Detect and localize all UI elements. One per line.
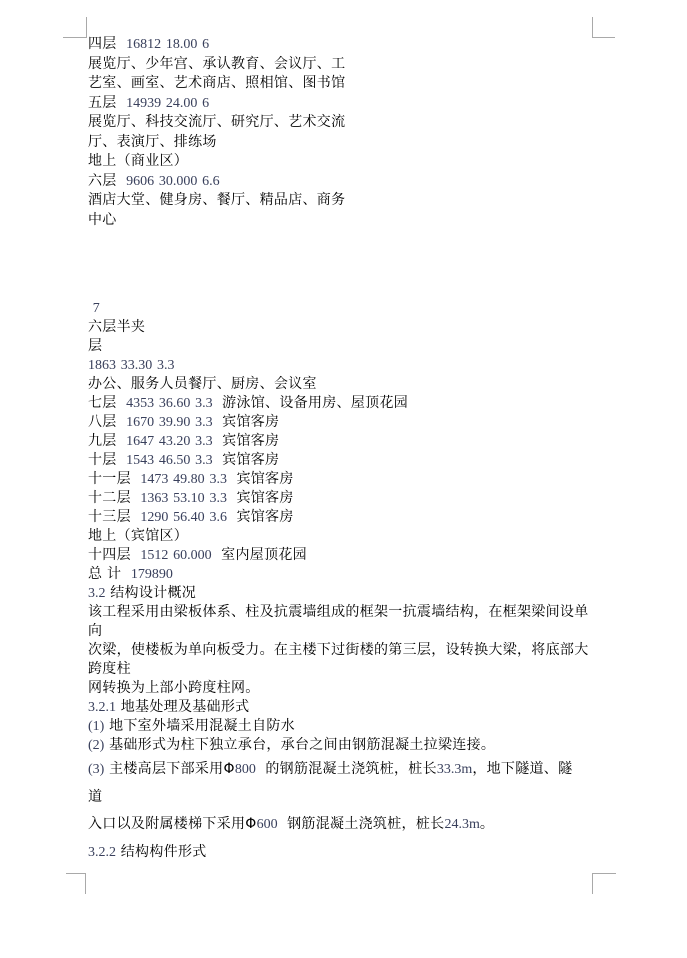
- doc-line: 该工程采用由梁板体系、柱及抗震墙组成的框架一抗震墙结构，在框架梁间设单: [88, 603, 604, 622]
- numeral: 4353: [126, 396, 154, 411]
- numeral: 179890: [131, 567, 173, 582]
- document-page: 四层 16812 18.00 6展览厅、少年宫、承认教育、会议厅、工艺室、画室、…: [0, 0, 687, 958]
- numeral: 6.6: [202, 174, 220, 189]
- doc-line: 八层 1670 39.90 3.3 宾馆客房: [88, 413, 604, 432]
- doc-line: 1863 33.30 3.3: [88, 356, 604, 375]
- doc-line: 十层 1543 46.50 3.3 宾馆客房: [88, 451, 604, 470]
- section-foundation-piles: (3) 主楼高层下部采用Φ800 的钢筋混凝土浇筑桩，桩长33.3m，地下隧道、…: [88, 756, 604, 866]
- numeral: 3.2: [88, 586, 106, 601]
- doc-line: 艺室、画室、艺术商店、照相馆、图书馆: [88, 74, 604, 94]
- numeral: 6: [202, 37, 209, 52]
- doc-line: 地上（宾馆区）: [88, 527, 604, 546]
- doc-line: (2) 基础形式为柱下独立承台，承台之间由钢筋混凝土拉梁连接。: [88, 736, 604, 755]
- doc-line: 层: [88, 337, 604, 356]
- numeral: 1363: [140, 491, 168, 506]
- numeral: 56.40: [173, 510, 205, 525]
- numeral: 43.20: [159, 434, 191, 449]
- crop-mark-bottom-right: [592, 873, 616, 894]
- doc-line: 十一层 1473 49.80 3.3 宾馆客房: [88, 470, 604, 489]
- doc-line: 入口以及附属楼梯下采用Φ600 钢筋混凝土浇筑桩，桩长24.3m。: [88, 811, 604, 839]
- doc-line: 六层半夹: [88, 318, 604, 337]
- doc-line: 七层 4353 36.60 3.3 游泳馆、设备用房、屋顶花园: [88, 394, 604, 413]
- numeral: 1647: [126, 434, 154, 449]
- doc-line: 九层 1647 43.20 3.3 宾馆客房: [88, 432, 604, 451]
- doc-line: 向: [88, 622, 604, 641]
- section-floor-program-lower: 7六层半夹层1863 33.30 3.3办公、服务人员餐厅、厨房、会议室七层 4…: [88, 299, 604, 755]
- numeral: 3.3: [195, 396, 213, 411]
- numeral: 33.30: [121, 358, 153, 373]
- doc-line: 地上（商业区）: [88, 152, 604, 172]
- numeral: 3.2.2: [88, 845, 116, 860]
- numeral: 3.3: [195, 434, 213, 449]
- doc-line: 十三层 1290 56.40 3.6 宾馆客房: [88, 508, 604, 527]
- crop-mark-bottom-left: [66, 873, 86, 894]
- doc-line: 3.2 结构设计概况: [88, 584, 604, 603]
- doc-line: 跨度柱: [88, 660, 604, 679]
- doc-line: 四层 16812 18.00 6: [88, 35, 604, 55]
- numeral: 800: [235, 762, 256, 777]
- doc-line: 五层 14939 24.00 6: [88, 94, 604, 114]
- doc-line: 展览厅、科技交流厅、研究厅、艺术交流: [88, 113, 604, 133]
- numeral: 3.3: [209, 472, 227, 487]
- doc-line: 7: [88, 299, 604, 318]
- doc-line: 中心: [88, 211, 604, 231]
- numeral: 3.2.1: [88, 700, 116, 715]
- numeral: 24.00: [166, 96, 198, 111]
- doc-line: (3) 主楼高层下部采用Φ800 的钢筋混凝土浇筑桩，桩长33.3m，地下隧道、…: [88, 756, 604, 784]
- doc-line: 六层 9606 30.000 6.6: [88, 172, 604, 192]
- doc-line: 办公、服务人员餐厅、厨房、会议室: [88, 375, 604, 394]
- numeral: 3.3: [209, 491, 227, 506]
- doc-line: (1) 地下室外墙采用混凝土自防水: [88, 717, 604, 736]
- numeral: 3.3: [195, 415, 213, 430]
- numeral: 49.80: [173, 472, 205, 487]
- numeral: 60.000: [173, 548, 212, 563]
- numeral: 33.3m: [437, 762, 472, 777]
- numeral: 3.3: [195, 453, 213, 468]
- doc-line: 次梁，使楼板为单向板受力。在主楼下过街楼的第三层，设转换大梁，将底部大: [88, 641, 604, 660]
- numeral: 7: [93, 301, 100, 316]
- numeral: 24.3m: [444, 817, 479, 832]
- numeral: 1290: [140, 510, 168, 525]
- doc-line: 酒店大堂、健身房、餐厅、精品店、商务: [88, 191, 604, 211]
- numeral: 46.50: [159, 453, 191, 468]
- numeral: 9606: [126, 174, 154, 189]
- numeral: (3): [88, 762, 104, 777]
- numeral: (1): [88, 719, 104, 734]
- numeral: 1473: [140, 472, 168, 487]
- doc-line: 网转换为上部小跨度柱网。: [88, 679, 604, 698]
- numeral: 1512: [140, 548, 168, 563]
- numeral: 36.60: [159, 396, 191, 411]
- numeral: 14939: [126, 96, 161, 111]
- doc-line: 展览厅、少年宫、承认教育、会议厅、工: [88, 55, 604, 75]
- numeral: 600: [257, 817, 278, 832]
- numeral: 1863: [88, 358, 116, 373]
- numeral: 3.3: [157, 358, 175, 373]
- numeral: 1670: [126, 415, 154, 430]
- doc-line: 厅、表演厅、排练场: [88, 133, 604, 153]
- doc-line: 十四层 1512 60.000 室内屋顶花园: [88, 546, 604, 565]
- numeral: 3.6: [209, 510, 227, 525]
- doc-line: 3.2.1 地基处理及基础形式: [88, 698, 604, 717]
- numeral: 1543: [126, 453, 154, 468]
- doc-line: 总 计 179890: [88, 565, 604, 584]
- numeral: 18.00: [166, 37, 198, 52]
- numeral: (2): [88, 738, 104, 753]
- doc-line: 道: [88, 784, 604, 812]
- doc-line: 3.2.2 结构构件形式: [88, 839, 604, 867]
- numeral: 30.000: [159, 174, 198, 189]
- numeral: 53.10: [173, 491, 205, 506]
- numeral: 6: [202, 96, 209, 111]
- crop-mark-top-left: [63, 17, 87, 38]
- doc-line: 十二层 1363 53.10 3.3 宾馆客房: [88, 489, 604, 508]
- numeral: 39.90: [159, 415, 191, 430]
- numeral: 16812: [126, 37, 161, 52]
- section-floor-program-upper: 四层 16812 18.00 6展览厅、少年宫、承认教育、会议厅、工艺室、画室、…: [88, 35, 604, 230]
